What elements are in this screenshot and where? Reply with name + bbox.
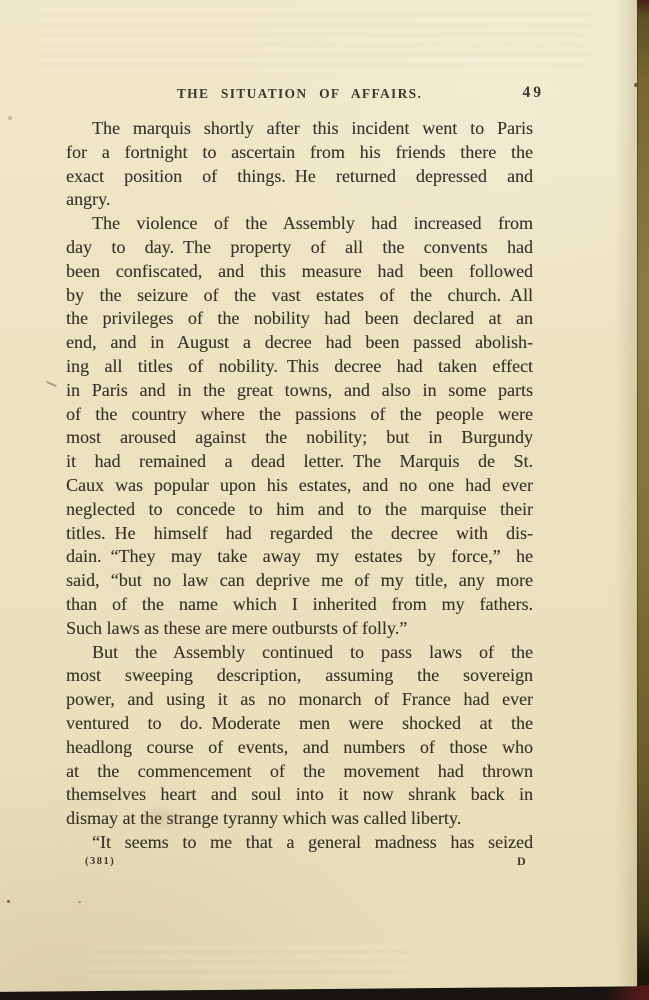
- text-line: The marquis shortly after this incident …: [66, 117, 533, 141]
- text-line: than of the name which I inherited from …: [66, 593, 533, 617]
- paper-smudge: [138, 804, 184, 832]
- page-title: THE SITUATION OF AFFAIRS.: [177, 86, 422, 101]
- paragraph: The violence of the Assembly had increas…: [66, 212, 533, 640]
- scanned-book-page: THE SITUATION OF AFFAIRS. 49 The marquis…: [0, 0, 649, 1000]
- text-line: titles. He himself had regarded the decr…: [66, 522, 533, 546]
- signature-mark-left: (381): [85, 856, 115, 867]
- text-line: said, “but no law can deprive me of my t…: [66, 569, 533, 593]
- footer-row: (381) D: [66, 854, 533, 872]
- page-body: The marquis shortly after this incident …: [66, 117, 533, 855]
- text-line: it had remained a dead letter. The Marqu…: [66, 450, 533, 474]
- text-line: day to day. The property of all the conv…: [66, 236, 533, 260]
- text-line: “It seems to me that a general madness h…: [66, 831, 533, 855]
- text-line: Such laws as these are mere outbursts of…: [66, 617, 533, 641]
- book-edge-bottom: [0, 985, 649, 1000]
- paper-speck: [8, 116, 12, 120]
- text-line: the privileges of the nobility had been …: [66, 307, 533, 331]
- text-line: most sweeping description, assuming the …: [66, 664, 533, 688]
- text-line: in Paris and in the great towns, and als…: [66, 379, 533, 403]
- text-line: The violence of the Assembly had increas…: [66, 212, 533, 236]
- text-line: end, and in August a decree had been pas…: [66, 331, 533, 355]
- text-line: at the commencement of the movement had …: [66, 760, 533, 784]
- text-line: ing all titles of nobility. This decree …: [66, 355, 533, 379]
- text-line: exact position of things. He returned de…: [66, 165, 533, 189]
- page-number: 49: [523, 84, 545, 102]
- text-line: by the seizure of the vast estates of th…: [66, 284, 533, 308]
- paragraph: “It seems to me that a general madness h…: [66, 831, 533, 855]
- text-line: for a fortnight to ascertain from his fr…: [66, 141, 533, 165]
- text-line: dain. “They may take away my estates by …: [66, 545, 533, 569]
- scan-streaks-top: [40, 8, 589, 78]
- scan-streaks-bottom: [90, 945, 409, 985]
- signature-mark-right: D: [517, 854, 526, 869]
- text-line: dismay at the strange tyranny which was …: [66, 807, 533, 831]
- text-line: angry.: [66, 188, 533, 212]
- text-line: ventured to do. Moderate men were shocke…: [66, 712, 533, 736]
- book-edge-right: [637, 0, 649, 1000]
- text-line: But the Assembly continued to pass laws …: [66, 641, 533, 665]
- paragraph: But the Assembly continued to pass laws …: [66, 641, 533, 831]
- text-line: been confiscated, and this measure had b…: [66, 260, 533, 284]
- text-line: Caux was popular upon his estates, and n…: [66, 474, 533, 498]
- running-head: THE SITUATION OF AFFAIRS. 49: [66, 86, 533, 102]
- text-line: power, and using it as no monarch of Fra…: [66, 688, 533, 712]
- paper-speck: [7, 900, 10, 903]
- text-line: headlong course of events, and numbers o…: [66, 736, 533, 760]
- text-line: themselves heart and soul into it now sh…: [66, 783, 533, 807]
- text-line: of the country where the passions of the…: [66, 403, 533, 427]
- margin-tick-mark: [46, 381, 57, 387]
- text-line: most aroused against the nobility; but i…: [66, 426, 533, 450]
- paragraph: The marquis shortly after this incident …: [66, 117, 533, 212]
- paper-speck: [78, 901, 81, 903]
- text-line: neglected to concede to him and to the m…: [66, 498, 533, 522]
